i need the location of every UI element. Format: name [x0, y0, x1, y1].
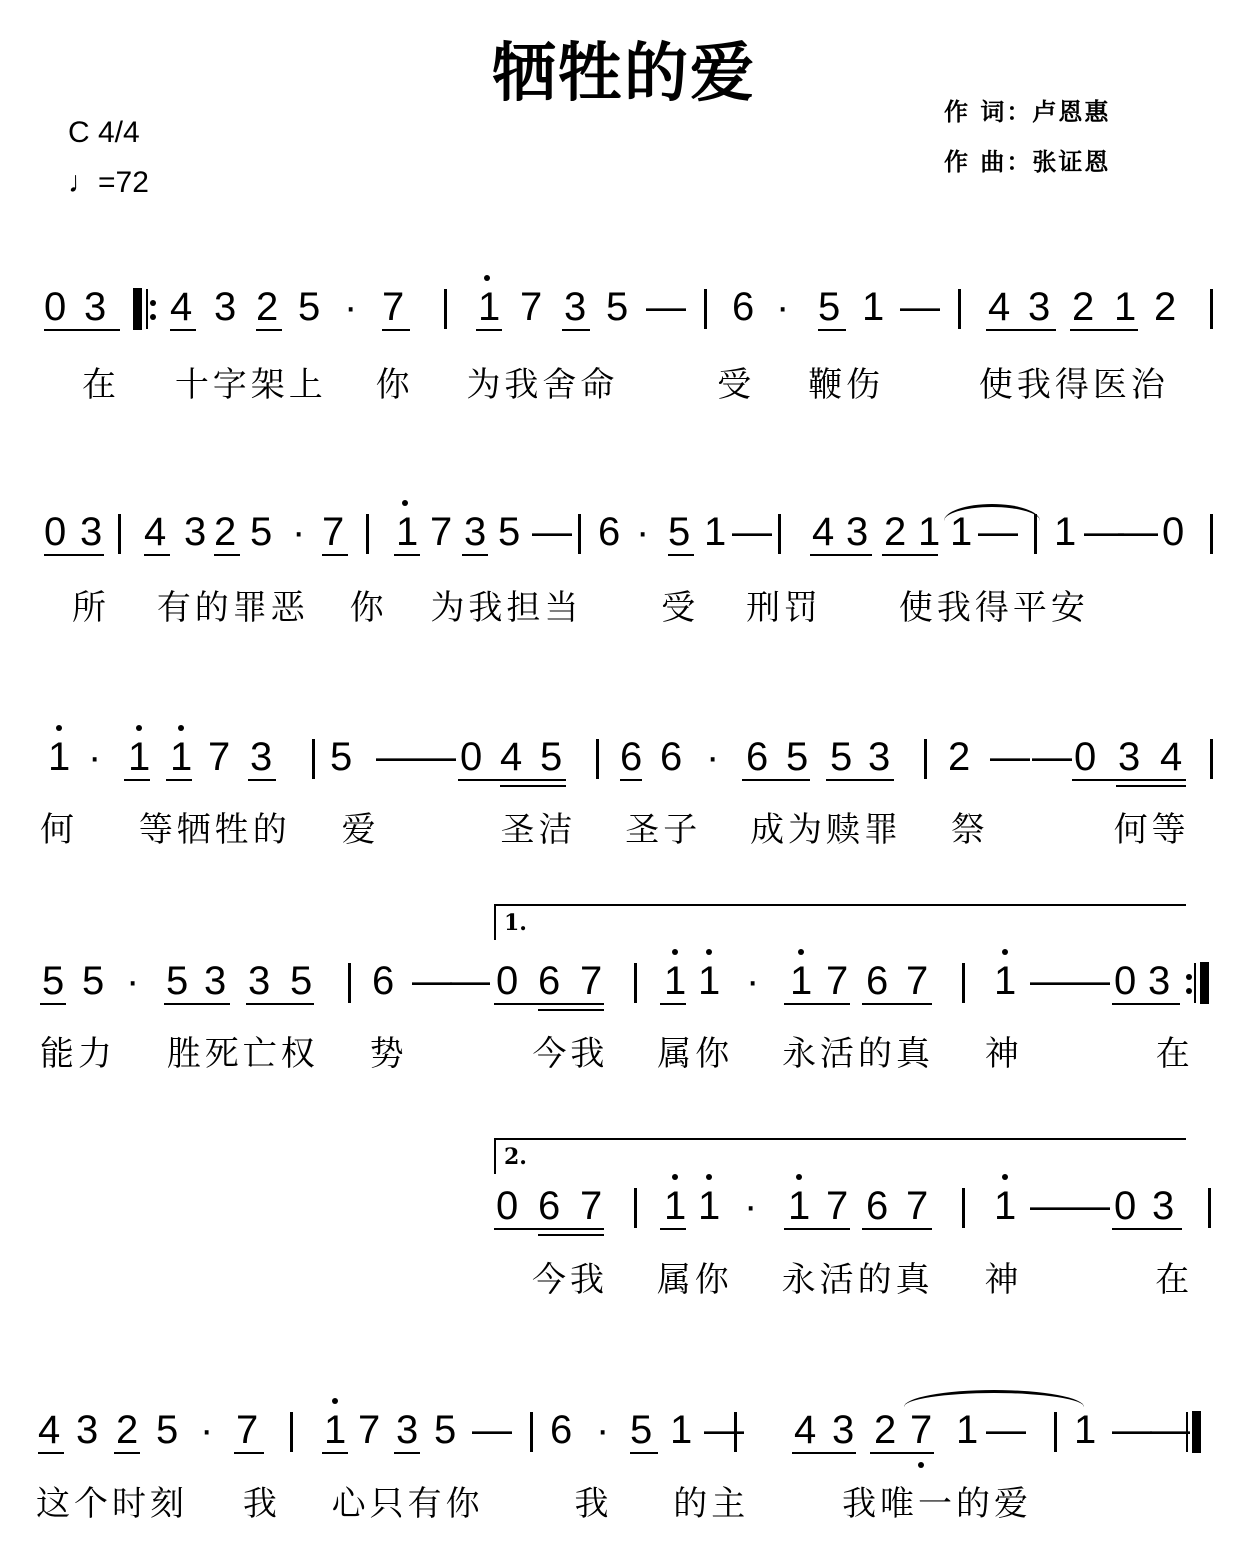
lyric: 的主 [673, 1484, 749, 1524]
note: — [986, 1406, 1026, 1454]
note: 3 [846, 508, 868, 556]
beam-underline [538, 1234, 604, 1236]
high-octave-dot [796, 1174, 802, 1180]
note: 1 [862, 283, 884, 331]
beam-underline [40, 1003, 66, 1005]
note: 3 [832, 1406, 854, 1454]
lyric: 神 [985, 1034, 1023, 1074]
lyric: 我 [574, 1484, 612, 1524]
note: 7 [580, 1182, 602, 1230]
note: — [376, 733, 416, 781]
note: 4 [812, 508, 834, 556]
beam-underline [810, 554, 872, 556]
composer-credit: 作 曲：张证恩 [944, 142, 1110, 177]
bar-line [1210, 514, 1213, 554]
volta-label: 2. [504, 1144, 527, 1170]
final-thin-bar [1186, 1412, 1188, 1452]
note: 2 [948, 733, 970, 781]
bar-line [578, 514, 581, 554]
beam-underline [792, 1452, 856, 1454]
high-octave-dot [672, 949, 678, 955]
bar-line [1210, 739, 1213, 779]
note: 3 [184, 508, 206, 556]
lyric: 我唯一的爱 [842, 1484, 1032, 1524]
beam-underline [620, 779, 642, 781]
note: 3 [214, 283, 236, 331]
tie-arc [904, 1390, 1084, 1407]
beam-underline [1072, 779, 1186, 781]
note: — [532, 508, 572, 556]
repeat-start-thick-bar [133, 288, 142, 330]
note: · [292, 508, 305, 556]
lyric: 你 [350, 588, 388, 628]
low-octave-dot [918, 1462, 924, 1468]
lyric: 十字架上 [175, 365, 327, 405]
lyric: 永活的真 [782, 1260, 934, 1300]
lyric-line-5: 今我 属你 永活的真 神 在 [532, 1260, 1193, 1300]
note: 2 [874, 1406, 896, 1454]
high-octave-dot [1002, 949, 1008, 955]
lyric: 为我担当 [430, 588, 582, 628]
note: 3 [396, 1406, 418, 1454]
high-octave-dot [1002, 1174, 1008, 1180]
high-octave-dot [56, 725, 62, 731]
note: · [776, 283, 789, 331]
note: 1 [956, 1406, 978, 1454]
lyric: 这个时刻 [36, 1484, 188, 1524]
lyric: 何等 [1114, 810, 1190, 850]
bar-line [596, 739, 599, 779]
beam-underline [1112, 1228, 1182, 1230]
beam-underline [500, 785, 566, 787]
key-time-signature: C 4/4 [68, 116, 140, 150]
note: 5 [540, 733, 562, 781]
lyric: 刑罚 [746, 588, 822, 628]
note: 7 [430, 508, 452, 556]
note: — [1112, 1406, 1152, 1454]
note: 5 [156, 1406, 178, 1454]
note: 5 [42, 957, 64, 1005]
volta-bracket-1: 1. [494, 904, 1186, 940]
note: 3 [564, 283, 586, 331]
lyric-line-4: 能力 胜死亡权 势 今我 属你 永活的真 神 在 [40, 1034, 1194, 1074]
note: 5 [630, 1406, 652, 1454]
note: 0 [44, 508, 66, 556]
note: · [200, 1406, 213, 1454]
note: 4 [38, 1406, 60, 1454]
beam-underline [38, 1452, 64, 1454]
note: 5 [166, 957, 188, 1005]
note: 7 [580, 957, 602, 1005]
note: — [1118, 508, 1158, 556]
lyric-line-2: 所 有的罪恶 你 为我担当 受 刑罚 使我得平安 [72, 588, 1089, 628]
repeat-dot [150, 300, 156, 306]
note: — [450, 957, 490, 1005]
note: 3 [84, 283, 106, 331]
note: 3 [1028, 283, 1050, 331]
bar-line [530, 1412, 533, 1452]
volta-bracket-2: 2. [494, 1138, 1186, 1174]
beam-underline [630, 1452, 658, 1454]
note: 1 [1074, 1406, 1096, 1454]
tempo-marking: ♩=72 [68, 166, 149, 200]
underline [44, 329, 120, 331]
note: 7 [826, 957, 848, 1005]
beam-underline [124, 779, 150, 781]
beam-underline [214, 554, 240, 556]
note: 6 [538, 957, 560, 1005]
note: 0 [460, 733, 482, 781]
bar-line [962, 1188, 965, 1228]
repeat-end-thick-bar [1200, 962, 1209, 1004]
bar-line [924, 739, 927, 779]
note: · [636, 508, 649, 556]
beam-underline [660, 1228, 686, 1230]
high-octave-dot [672, 1174, 678, 1180]
note: — [900, 283, 940, 331]
note: 6 [550, 1406, 572, 1454]
beam-underline [870, 1452, 934, 1454]
note: 3 [1152, 1182, 1174, 1230]
beam-underline [562, 329, 590, 331]
note: 6 [372, 957, 394, 1005]
lyric: 鞭伤 [808, 365, 884, 405]
note: 3 [1118, 733, 1140, 781]
note: 1 [790, 957, 812, 1005]
lyric: 势 [370, 1034, 408, 1074]
note: 4 [794, 1406, 816, 1454]
beam-underline [818, 329, 846, 331]
note: 2 [884, 508, 906, 556]
lyric: 爱 [342, 810, 380, 850]
bar-line [118, 514, 121, 554]
bar-line [444, 289, 447, 329]
bar-line [312, 739, 315, 779]
note: 5 [818, 283, 840, 331]
note: 1 [324, 1406, 346, 1454]
beam-underline [246, 1003, 314, 1005]
beam-underline [164, 1003, 230, 1005]
bar-line [1034, 514, 1037, 554]
beam-underline [494, 1003, 604, 1005]
lyric: 属你 [657, 1034, 733, 1074]
lyric: 永活的真 [782, 1034, 934, 1074]
notation-line-2: 0 3 4 3 2 5 · 7 1 7 3 5 — 6 · 5 1 — 4 3 … [0, 508, 1248, 568]
note: 1 [994, 957, 1016, 1005]
lyric: 心只有你 [332, 1484, 484, 1524]
beam-underline [234, 1452, 264, 1454]
note: · [126, 957, 139, 1005]
note: 7 [236, 1406, 258, 1454]
note: 3 [76, 1406, 98, 1454]
beam-underline [322, 1452, 348, 1454]
note: 6 [746, 733, 768, 781]
note: — [1030, 957, 1070, 1005]
note: 1 [396, 508, 418, 556]
note: 5 [82, 957, 104, 1005]
note: 2 [116, 1406, 138, 1454]
note: 1 [1054, 508, 1076, 556]
beam-underline [248, 779, 276, 781]
note: — [990, 733, 1030, 781]
note: 2 [1072, 283, 1094, 331]
beam-underline [1112, 1003, 1180, 1005]
lyric: 我 [243, 1484, 281, 1524]
lyric: 你 [376, 365, 414, 405]
high-octave-dot [402, 500, 408, 506]
bar-line [290, 1412, 293, 1452]
note: 1 [478, 283, 500, 331]
note: 7 [906, 957, 928, 1005]
note: 7 [520, 283, 542, 331]
repeat-start-thin-bar [146, 289, 148, 329]
lyric: 胜死亡权 [167, 1034, 319, 1074]
lyric: 神 [984, 1260, 1022, 1300]
bar-line [958, 289, 961, 329]
high-octave-dot [484, 275, 490, 281]
note: 1 [698, 957, 720, 1005]
note: 0 [496, 957, 518, 1005]
lyric: 使我得医治 [979, 365, 1169, 405]
repeat-dot [1186, 988, 1192, 994]
notation-line-3: 1 · 1 1 7 3 5 — — 0 4 5 6 6 · 6 5 5 3 2 … [0, 733, 1248, 793]
notation-line-1: 0 3 4 3 2 5 · 7 1 7 3 5 — 6 · 5 1 — 4 3 … [0, 283, 1248, 343]
note: 6 [660, 733, 682, 781]
note: 7 [322, 508, 344, 556]
note: 6 [866, 1182, 888, 1230]
beam-underline [170, 329, 196, 331]
lyric: 为我舍命 [466, 365, 618, 405]
note: 3 [1148, 957, 1170, 1005]
notation-line-6: 4 3 2 5 · 7 1 7 3 5 — 6 · 5 1 — 4 3 2 7 … [0, 1406, 1248, 1466]
bar-line [704, 289, 707, 329]
note: · [88, 733, 101, 781]
note: 4 [1160, 733, 1182, 781]
lyric: 等牺牲的 [139, 810, 291, 850]
bar-line [634, 963, 637, 1003]
note: · [746, 957, 759, 1005]
note: 3 [464, 508, 486, 556]
beam-underline [394, 1452, 420, 1454]
note: 1 [918, 508, 940, 556]
note: 4 [170, 283, 192, 331]
lyric: 受 [717, 365, 755, 405]
note: 6 [538, 1182, 560, 1230]
lyric: 在 [1155, 1260, 1193, 1300]
note: 0 [1114, 957, 1136, 1005]
note: — [1150, 1406, 1190, 1454]
lyric-line-1: 在 十字架上 你 为我舍命 受 鞭伤 使我得医治 [82, 365, 1169, 405]
beam-underline [986, 329, 1056, 331]
note: 1 [1114, 283, 1136, 331]
beam-underline [494, 1228, 604, 1230]
lyric-line-6: 这个时刻 我 心只有你 我 的主 我唯一的爱 [36, 1484, 1032, 1524]
note: 7 [910, 1406, 932, 1454]
lyric: 所 [72, 588, 110, 628]
beam-underline [382, 329, 410, 331]
note: — [412, 957, 452, 1005]
note: 2 [256, 283, 278, 331]
note: 1 [48, 733, 70, 781]
lyric: 圣洁 [500, 810, 576, 850]
note: 7 [358, 1406, 380, 1454]
note: 6 [732, 283, 754, 331]
beam-underline [256, 329, 282, 331]
note: 3 [250, 733, 272, 781]
beam-underline [862, 1228, 932, 1230]
note: 1 [788, 1182, 810, 1230]
note: 5 [668, 508, 690, 556]
lyric: 属你 [657, 1260, 733, 1300]
note: 7 [208, 733, 230, 781]
beam-underline [862, 1003, 932, 1005]
beam-underline [476, 329, 502, 331]
note: 0 [1162, 508, 1184, 556]
beam-underline [1116, 785, 1186, 787]
note: 5 [290, 957, 312, 1005]
note: 5 [786, 733, 808, 781]
bar-line [778, 514, 781, 554]
bar-line [1210, 289, 1213, 329]
lyric: 祭 [951, 810, 989, 850]
beam-underline [114, 1452, 140, 1454]
high-octave-dot [798, 949, 804, 955]
lyric: 成为赎罪 [750, 810, 902, 850]
lyric-line-3: 何 等牺牲的 爱 圣洁 圣子 成为赎罪 祭 何等 [40, 810, 1190, 850]
lyric: 今我 [532, 1260, 608, 1300]
note: 0 [1114, 1182, 1136, 1230]
beam-underline [660, 1003, 686, 1005]
note: 6 [598, 508, 620, 556]
note: 1 [170, 733, 192, 781]
note: 5 [330, 733, 352, 781]
lyric: 有的罪恶 [157, 588, 309, 628]
repeat-dot [1186, 974, 1192, 980]
beam-underline [882, 554, 938, 556]
note: 1 [664, 1182, 686, 1230]
note: — [1070, 1182, 1110, 1230]
note: 1 [698, 1182, 720, 1230]
beam-underline [394, 554, 420, 556]
volta-label: 1. [504, 910, 527, 936]
note: · [744, 1182, 757, 1230]
note: 2 [214, 508, 236, 556]
note: 4 [988, 283, 1010, 331]
note: 0 [44, 283, 66, 331]
high-octave-dot [178, 725, 184, 731]
note: 0 [1074, 733, 1096, 781]
beam-underline [458, 779, 566, 781]
note: 3 [868, 733, 890, 781]
beam-underline [538, 1009, 604, 1011]
beam-underline [166, 779, 192, 781]
note: — [1030, 1182, 1070, 1230]
notation-line-5: 0 6 7 1 1 · 1 7 6 7 1 — — 0 3 [0, 1182, 1248, 1242]
final-thick-bar [1192, 1411, 1201, 1453]
lyric: 在 [1156, 1034, 1194, 1074]
note: 4 [144, 508, 166, 556]
note: — [472, 1406, 512, 1454]
note: 0 [496, 1182, 518, 1230]
note: — [416, 733, 456, 781]
lyric: 今我 [532, 1034, 608, 1074]
beam-underline [742, 779, 810, 781]
note: 6 [866, 957, 888, 1005]
note: — [978, 508, 1018, 556]
lyric: 圣子 [625, 810, 701, 850]
bar-line [348, 963, 351, 1003]
note: 7 [382, 283, 404, 331]
lyric: 在 [82, 365, 120, 405]
beam-underline [144, 554, 170, 556]
repeat-dot [150, 314, 156, 320]
beam-underline [668, 554, 694, 556]
note: 2 [1154, 283, 1176, 331]
notation-line-4: 5 5 · 5 3 3 5 6 — — 0 6 7 1 1 · 1 7 6 7 … [0, 957, 1248, 1017]
high-octave-dot [706, 1174, 712, 1180]
bar-line [634, 1188, 637, 1228]
beam-underline [784, 1003, 850, 1005]
note: 1 [994, 1182, 1016, 1230]
bar-line [1054, 1412, 1057, 1452]
note: 5 [498, 508, 520, 556]
note: — [1032, 733, 1072, 781]
note: · [344, 283, 357, 331]
beam-underline [784, 1228, 850, 1230]
note: 7 [906, 1182, 928, 1230]
note: 5 [298, 283, 320, 331]
note: 3 [204, 957, 226, 1005]
note: 6 [620, 733, 642, 781]
high-octave-dot [706, 949, 712, 955]
beam-underline [826, 779, 894, 781]
high-octave-dot [332, 1398, 338, 1404]
bar-line [366, 514, 369, 554]
note: 3 [80, 508, 102, 556]
note: 5 [606, 283, 628, 331]
note: 5 [830, 733, 852, 781]
bar-line [1208, 1188, 1211, 1228]
note: 4 [500, 733, 522, 781]
repeat-end-thin-bar [1194, 963, 1196, 1003]
note: 5 [250, 508, 272, 556]
note: — [704, 1406, 744, 1454]
note: · [596, 1406, 609, 1454]
beam-underline [44, 554, 104, 556]
note: — [1070, 957, 1110, 1005]
note: 1 [670, 1406, 692, 1454]
beam-underline [322, 554, 348, 556]
beam-underline [462, 554, 488, 556]
note: 1 [704, 508, 726, 556]
note: 3 [248, 957, 270, 1005]
note: — [732, 508, 772, 556]
note: — [646, 283, 686, 331]
note: 5 [434, 1406, 456, 1454]
bar-line [734, 1412, 737, 1452]
note: 1 [664, 957, 686, 1005]
high-octave-dot [136, 725, 142, 731]
lyric: 使我得平安 [899, 588, 1089, 628]
note: 1 [128, 733, 150, 781]
lyric: 受 [661, 588, 699, 628]
lyricist-credit: 作 词：卢恩惠 [944, 92, 1110, 127]
note: · [706, 733, 719, 781]
bar-line [962, 963, 965, 1003]
beam-underline [1070, 329, 1138, 331]
lyric: 能力 [40, 1034, 116, 1074]
note: 7 [826, 1182, 848, 1230]
